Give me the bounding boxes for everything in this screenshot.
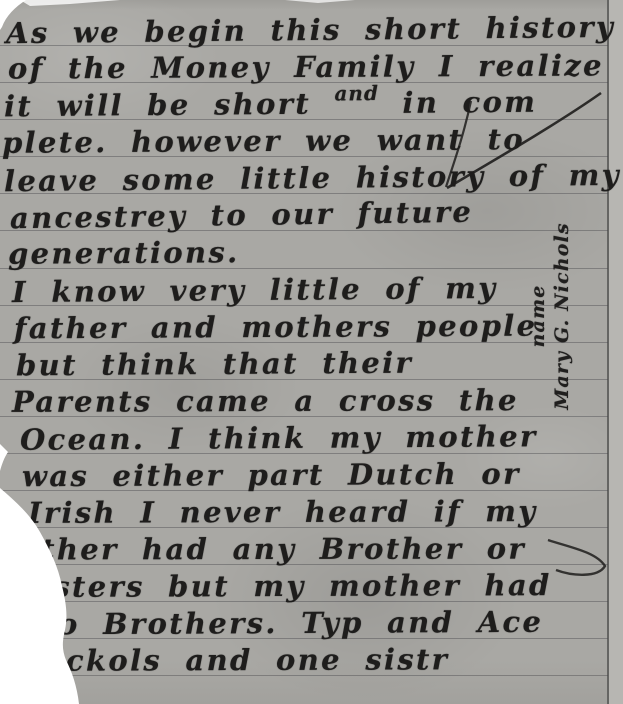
handwriting-text: it will be short (4, 86, 335, 123)
handwriting-line: Irish I never heard if my (28, 494, 538, 530)
handwriting-line: of the Money Family I realize (8, 48, 604, 85)
handwriting-line: o Brothers. Typ and Ace (58, 605, 543, 642)
handwriting-line: father and mothers people (14, 309, 538, 346)
handwriting-line: Ocean. I think my mother (20, 419, 538, 457)
handwriting-line: plete. however we want to (2, 122, 525, 160)
handwriting-line: Parents came a cross the (12, 383, 519, 419)
handwriting-text: in com (379, 85, 538, 120)
handwriting-line: ancestrey to our future (10, 195, 474, 235)
handwriting-line: isters but my mother had (40, 568, 552, 604)
handwriting-line: I know very little of my (12, 271, 498, 309)
margin-note-line2: Mary G. Nichols (550, 182, 574, 450)
handwriting-line: it will be short and in com (4, 85, 538, 127)
handwriting-line: As we begin this short history (6, 10, 615, 50)
handwriting-line: but think that their (16, 346, 413, 383)
paper-right-edge (607, 0, 623, 704)
handwriting-line: ckols and one sistr (66, 642, 449, 677)
handwriting-line: was either part Dutch or (22, 457, 521, 494)
scanned-letter-page: As we begin this short historyof the Mon… (0, 0, 623, 704)
handwriting-line: ather had any Brother or (20, 532, 526, 567)
margin-note-line1: name (526, 182, 550, 450)
handwriting-line: generations. (8, 235, 240, 271)
inserted-word: and (334, 81, 379, 105)
margin-note-vertical: name Mary G. Nichols (526, 182, 578, 450)
